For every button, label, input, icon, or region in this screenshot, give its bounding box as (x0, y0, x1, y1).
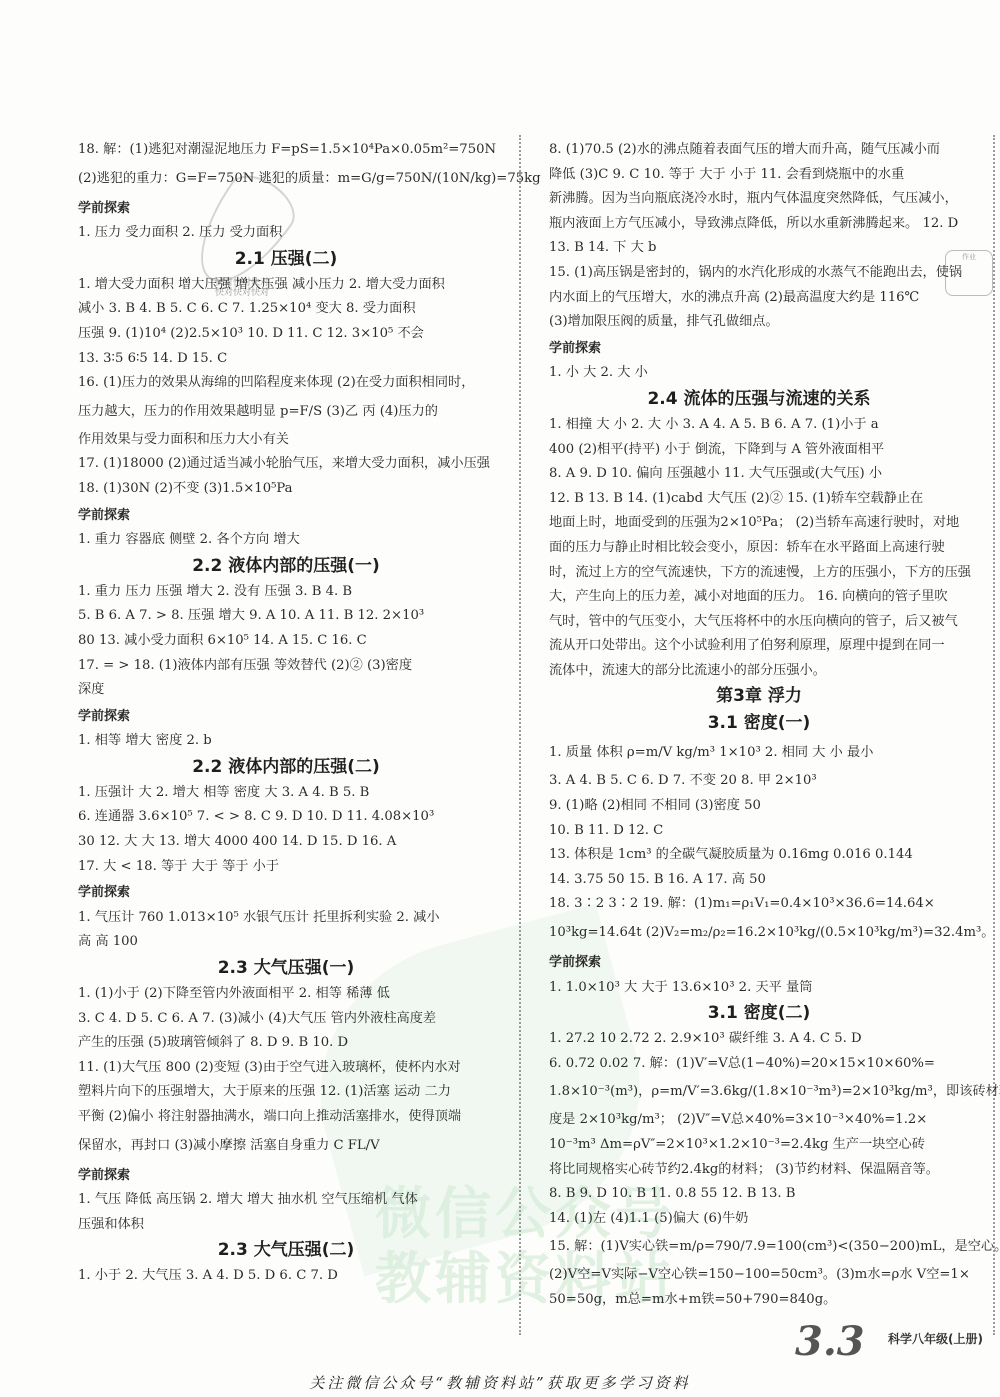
answer-line: 内水面上的气压增大，水的沸点升高 (2)最高温度大约是 116℃ (549, 286, 969, 311)
answer-line: 30 12. 大 大 13. 增大 4000 400 14. D 15. D 1… (78, 830, 494, 855)
book-title: 科学八年级(上册) (888, 1330, 983, 1347)
section-heading: 2.3 大气压强(一) (78, 955, 494, 982)
answer-line: 1.8×10⁻³(m³)，ρ=m/V′=3.6kg/(1.8×10⁻³m³)=2… (549, 1076, 969, 1108)
answer-line: 保留水，再封口 (3)减小摩擦 活塞自身重力 C FL/V (78, 1130, 494, 1162)
left-column: 18. 解：(1)逃犯对潮湿泥地压力 F=pS=1.5×10⁴Pa×0.05m²… (78, 138, 494, 1289)
answer-line: 400 (2)相平(持平) 小于 倒流，下降到与 A 管外液面相平 (549, 438, 969, 463)
answer-line: 面的压力与静止时相比较会变小，原因：轿车在水平路面上高速行驶 (549, 536, 969, 561)
answer-line: 1. 小 大 2. 大 小 (549, 361, 969, 386)
answer-line: 18. (1)30N (2)不变 (3)1.5×10⁵Pa (78, 477, 494, 502)
answer-line: 1. 增大受力面积 增大压强 增大压强 减小压力 2. 增大受力面积 (78, 273, 494, 298)
answer-line: 1. 相撞 大 小 2. 大 小 3. A 4. A 5. B 6. A 7. … (549, 413, 969, 438)
section-heading: 3.1 密度(二) (549, 1000, 969, 1027)
answer-line: 11. (1)大气压 800 (2)变短 (3)由于空气进入玻璃杯，使杯内水对 (78, 1056, 494, 1081)
section-heading: 2.4 流体的压强与流速的关系 (549, 386, 969, 413)
answer-line: 1. 重力 压力 压强 增大 2. 没有 压强 3. B 4. B (78, 580, 494, 605)
answer-line: 10. B 11. D 12. C (549, 819, 969, 844)
answer-line: 8. A 9. D 10. 偏向 压强越小 11. 大气压强或(大气压) 小 (549, 462, 969, 487)
answer-line: 1. 相等 增大 密度 2. b (78, 729, 494, 754)
answer-line: 13. B 14. 下 大 b (549, 236, 969, 261)
subsection-label: 学前探索 (78, 197, 494, 222)
answer-line: 度是 2×10³kg/m³； (2)V″=V总×40%=3×10⁻³×40%=1… (549, 1108, 969, 1133)
answer-line: 1. 气压 降低 高压锅 2. 增大 增大 抽水机 空气压缩机 气体 (78, 1188, 494, 1213)
answer-line: 产生的压强 (5)玻璃管倾斜了 8. D 9. B 10. D (78, 1031, 494, 1056)
bottom-promo-note: 关注微信公众号“教辅资料站”获取更多学习资料 (0, 1372, 1000, 1393)
answer-line: 大，产生向上的压力差，减小对地面的压力。 16. 向横向的管子里吹 (549, 585, 969, 610)
answer-line: 瓶内液面上方气压减小，导致沸点降低，所以水重新沸腾起来。 12. D (549, 212, 969, 237)
answer-line: 17. (1)18000 (2)通过适当减小轮胎气压，来增大受力面积，减小压强 (78, 452, 494, 477)
answer-line: 15. (1)高压锅是密封的，锅内的水汽化形成的水蒸气不能跑出去，使锅 (549, 261, 969, 286)
answer-line: 1. 气压计 760 1.013×10⁵ 水银气压计 托里拆利实验 2. 减小 (78, 906, 494, 931)
answer-line: (3)增加限压阀的质量，排气孔做细点。 (549, 310, 969, 335)
answer-line: 时，流过上方的空气流速快，下方的流速慢，上方的压强小，下方的压强 (549, 561, 969, 586)
column-divider (519, 135, 521, 1335)
answer-line: 6. 0.72 0.02 7. 解：(1)V′=V总(1−40%)=20×15×… (549, 1052, 969, 1077)
answer-line: 14. 3.75 50 15. B 16. A 17. 高 50 (549, 868, 969, 893)
answer-line: 8. B 9. D 10. B 11. 0.8 55 12. B 13. B (549, 1182, 969, 1207)
answer-line: 18. 解：(1)逃犯对潮湿泥地压力 F=pS=1.5×10⁴Pa×0.05m²… (78, 138, 494, 163)
answer-line: 1. (1)小于 (2)下降至管内外液面相平 2. 相等 稀薄 低 (78, 982, 494, 1007)
answer-line: 5. B 6. A 7. > 8. 压强 增大 9. A 10. A 11. B… (78, 604, 494, 629)
answer-line: 1. 质量 体积 ρ=m/V kg/m³ 1×10³ 2. 相同 大 小 最小 (549, 737, 969, 769)
answer-line: (2)逃犯的重力：G=F=750N 逃犯的质量：m=G/g=750N/(10N/… (78, 163, 494, 195)
answer-line: 16. (1)压力的效果从海绵的凹陷程度来体现 (2)在受力面积相同时， (78, 371, 494, 396)
right-column: 8. (1)70.5 (2)水的沸点随着表面气压的增大而升高，随气压减小而降低 … (549, 138, 969, 1313)
section-heading: 2.1 压强(二) (78, 246, 494, 273)
answer-line: 8. (1)70.5 (2)水的沸点随着表面气压的增大而升高，随气压减小而 (549, 138, 969, 163)
answer-line: 12. B 13. B 14. (1)cabd 大气压 (2)② 15. (1)… (549, 487, 969, 512)
section-heading: 第3章 浮力 (549, 683, 969, 710)
subsection-label: 学前探索 (78, 705, 494, 730)
subsection-label: 学前探索 (78, 504, 494, 529)
answer-line: 地面上时，地面受到的压强为2×10⁵Pa； (2)当轿车高速行驶时，对地 (549, 511, 969, 536)
answer-line: 18. 3∶2 3∶2 19. 解：(1)m₁=ρ₁V₁=0.4×10³×36.… (549, 892, 969, 917)
answer-line: 1. 小于 2. 大气压 3. A 4. D 5. D 6. C 7. D (78, 1264, 494, 1289)
answer-line: 15. 解：(1)V实心铁=m/ρ=790/7.9=100(cm³)<(350−… (549, 1231, 969, 1263)
answer-line: 1. 1.0×10³ 大 大于 13.6×10³ 2. 天平 量筒 (549, 976, 969, 1001)
subsection-label: 学前探索 (78, 1164, 494, 1189)
answer-line: (2)V空=V实际−V空心铁=150−100=50cm³。(3)m水=ρ水 V空… (549, 1263, 969, 1288)
subsection-label: 学前探索 (78, 881, 494, 906)
answer-line: 作用效果与受力面积和压力大小有关 (78, 428, 494, 453)
answer-line: 将比同规格实心砖节约2.4kg的材料； (3)节约材料、保温隔音等。 (549, 1158, 969, 1183)
answer-line: 1. 压力 受力面积 2. 压力 受力面积 (78, 221, 494, 246)
answer-line: 17. = > 18. (1)液体内部有压强 等效替代 (2)② (3)密度 (78, 654, 494, 679)
answer-line: 3. A 4. B 5. C 6. D 7. 不变 20 8. 甲 2×10³ (549, 769, 969, 794)
section-heading: 2.3 大气压强(二) (78, 1237, 494, 1264)
section-heading: 2.2 液体内部的压强(二) (78, 754, 494, 781)
answer-line: 1. 重力 容器底 侧壁 2. 各个方向 增大 (78, 528, 494, 553)
answer-line: 气时，管中的气压变小，大气压将杯中的水压向横向的管子，后又被气 (549, 610, 969, 635)
answer-line: 10⁻³m³ Δm=ρV″=2×10³×1.2×10⁻³=2.4kg 生产一块空… (549, 1133, 969, 1158)
answer-line: 80 13. 减小受力面积 6×10⁵ 14. A 15. C 16. C (78, 629, 494, 654)
answer-line: 9. (1)略 (2)相同 不相同 (3)密度 50 (549, 794, 969, 819)
answer-line: 1. 压强计 大 2. 增大 相等 密度 大 3. A 4. B 5. B (78, 781, 494, 806)
answer-line: 平衡 (2)偏小 将注射器抽满水，端口向上推动活塞排水，使得顶端 (78, 1105, 494, 1130)
answer-line: 流从开口处带出。这个小试验利用了伯努利原理，原理中提到在同一 (549, 634, 969, 659)
answer-line: 14. (1)左 (4)1.1 (5)偏大 (6)牛奶 (549, 1207, 969, 1232)
answer-line: 新沸腾。因为当向瓶底浇冷水时，瓶内气体温度突然降低，气压减小， (549, 187, 969, 212)
answer-line: 塑料片向下的压强增大，大于原来的压强 12. (1)活塞 运动 二力 (78, 1080, 494, 1105)
answer-line: 高 高 100 (78, 930, 494, 955)
answer-key-page: 微信公众号 教辅资料站 快对快对快对 快对快对快对 作业 18. 解：(1)逃犯… (0, 0, 1000, 1397)
subsection-label: 学前探索 (549, 337, 969, 362)
answer-line: 深度 (78, 678, 494, 703)
section-heading: 2.2 液体内部的压强(一) (78, 553, 494, 580)
answer-line: 压强和体积 (78, 1213, 494, 1238)
answer-line: 流体中，流速大的部分比流速小的部分压强小。 (549, 659, 969, 684)
answer-line: 13. 体积是 1cm³ 的全碳气凝胶质量为 0.16mg 0.016 0.14… (549, 843, 969, 868)
answer-line: 降低 (3)C 9. C 10. 等于 大于 小于 11. 会看到烧瓶中的水重 (549, 163, 969, 188)
answer-line: 压力越大，压力的作用效果越明显 p=F/S (3)乙 丙 (4)压力的 (78, 396, 494, 428)
answer-line: 减小 3. B 4. B 5. C 6. C 7. 1.25×10⁴ 变大 8.… (78, 297, 494, 322)
answer-line: 3. C 4. D 5. C 6. A 7. (3)减小 (4)大气压 管内外液… (78, 1007, 494, 1032)
answer-line: 13. 3∶5 6∶5 14. D 15. C (78, 347, 494, 372)
answer-line: 压强 9. (1)10⁴ (2)2.5×10³ 10. D 11. C 12. … (78, 322, 494, 347)
publisher-logo-icon: 3.3 (795, 1318, 865, 1366)
section-heading: 3.1 密度(一) (549, 710, 969, 737)
answer-line: 1. 27.2 10 2.72 2. 2.9×10³ 碳纤维 3. A 4. C… (549, 1027, 969, 1052)
answer-line: 10³kg=14.64t (2)V₂=m₂/ρ₂=16.2×10³kg/(0.5… (549, 917, 969, 949)
answer-line: 50=50g，m总=m水+m铁=50+790=840g。 (549, 1288, 969, 1313)
binding-edge-divider (993, 135, 995, 1335)
answer-line: 6. 连通器 3.6×10⁵ 7. < > 8. C 9. D 10. D 11… (78, 805, 494, 830)
answer-line: 17. 大 < 18. 等于 大于 等于 小于 (78, 855, 494, 880)
subsection-label: 学前探索 (549, 951, 969, 976)
